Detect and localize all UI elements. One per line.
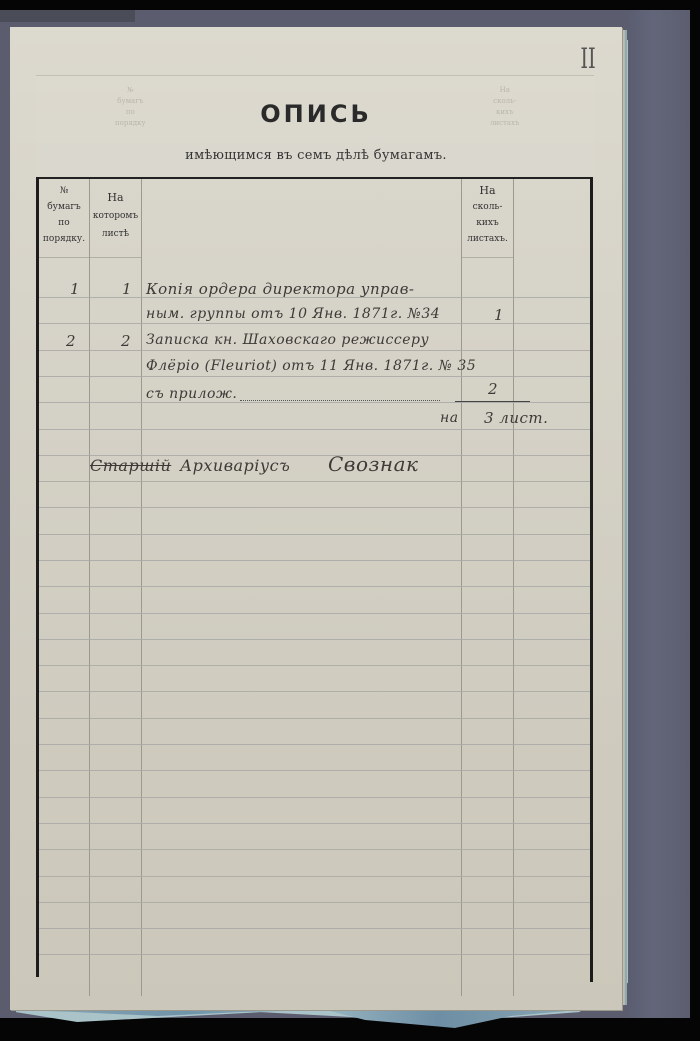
- rule-line: [39, 902, 590, 903]
- column-divider: [513, 179, 514, 996]
- row-1-number: 1: [70, 280, 80, 298]
- header-text: листахъ.: [462, 231, 513, 247]
- rule-line: [39, 613, 590, 614]
- rule-line: [39, 928, 590, 929]
- rule-line: [39, 376, 590, 377]
- column-divider: [141, 179, 142, 996]
- column-divider: [89, 179, 90, 996]
- row-2-sheet-count: 2: [488, 380, 498, 398]
- leader-dots: [240, 400, 440, 401]
- signature-role-struck: Старшій: [90, 456, 171, 475]
- row-2-content-line-2: Флёріо (Fleuriot) отъ 11 Янв. 1871г. № 3…: [146, 358, 476, 374]
- rule-line: [39, 507, 590, 508]
- rule-line: [39, 665, 590, 666]
- rule-line: [39, 402, 590, 403]
- row-2-content-line-3: съ прилож.: [146, 386, 237, 402]
- signature-name: Свознак: [328, 452, 418, 476]
- rule-line: [39, 954, 590, 955]
- header-text: На: [90, 189, 141, 207]
- header-text: которомъ: [90, 207, 141, 225]
- page-title: ОПИСЬ: [10, 100, 622, 128]
- row-1-sheet: 1: [122, 280, 132, 298]
- rule-line: [39, 586, 590, 587]
- table-right-border: [590, 177, 593, 982]
- rule-line: [39, 323, 590, 324]
- folder-spine: [627, 10, 690, 1018]
- rule-line: [39, 797, 590, 798]
- rule-line: [39, 560, 590, 561]
- rule-line: [39, 429, 590, 430]
- header-text: На: [462, 183, 513, 199]
- row-1-sheet-count: 1: [494, 306, 504, 324]
- total-prefix: на: [440, 410, 459, 426]
- total-sheets: 3 лист.: [484, 409, 548, 427]
- rule-line: [39, 823, 590, 824]
- sum-underline: [455, 401, 530, 402]
- row-1-content-line-1: Копія ордера директора управ-: [146, 280, 415, 298]
- rule-line: [39, 770, 590, 771]
- row-2-sheet: 2: [121, 332, 131, 350]
- rule-line: [39, 350, 590, 351]
- row-2-number: 2: [66, 332, 76, 350]
- rule-line: [39, 639, 590, 640]
- rule-line: [39, 876, 590, 877]
- page-subtitle: имѣющимся въ семъ дѣлѣ бумагамъ.: [10, 148, 622, 163]
- row-2-content-line-1: Записка кн. Шаховскаго режиссеру: [146, 332, 429, 348]
- header-cell-sheet: На которомъ листѣ: [90, 179, 141, 258]
- header-cell-number: № бумагъ по порядку.: [39, 179, 89, 258]
- header-text: кихъ: [462, 215, 513, 231]
- header-text: бумагъ: [39, 199, 89, 215]
- rule-line: [39, 481, 590, 482]
- header-text: сколь-: [462, 199, 513, 215]
- signature-role: Архиваріусъ: [180, 456, 290, 475]
- folio-mark: II: [580, 42, 595, 75]
- rule-line: [39, 718, 590, 719]
- header-text: по: [39, 215, 89, 231]
- row-1-content-line-2: ным. группы отъ 10 Янв. 1871г. №34: [146, 306, 440, 322]
- header-text: листѣ: [90, 225, 141, 243]
- header-cell-sheet-count: На сколь- кихъ листахъ.: [462, 179, 513, 258]
- rule-line: [39, 744, 590, 745]
- header-text: порядку.: [39, 231, 89, 247]
- column-divider: [461, 179, 462, 996]
- rule-line: [39, 534, 590, 535]
- header-text: №: [39, 183, 89, 199]
- rule-line: [39, 849, 590, 850]
- rule-line: [39, 691, 590, 692]
- folder-tab: [0, 10, 135, 22]
